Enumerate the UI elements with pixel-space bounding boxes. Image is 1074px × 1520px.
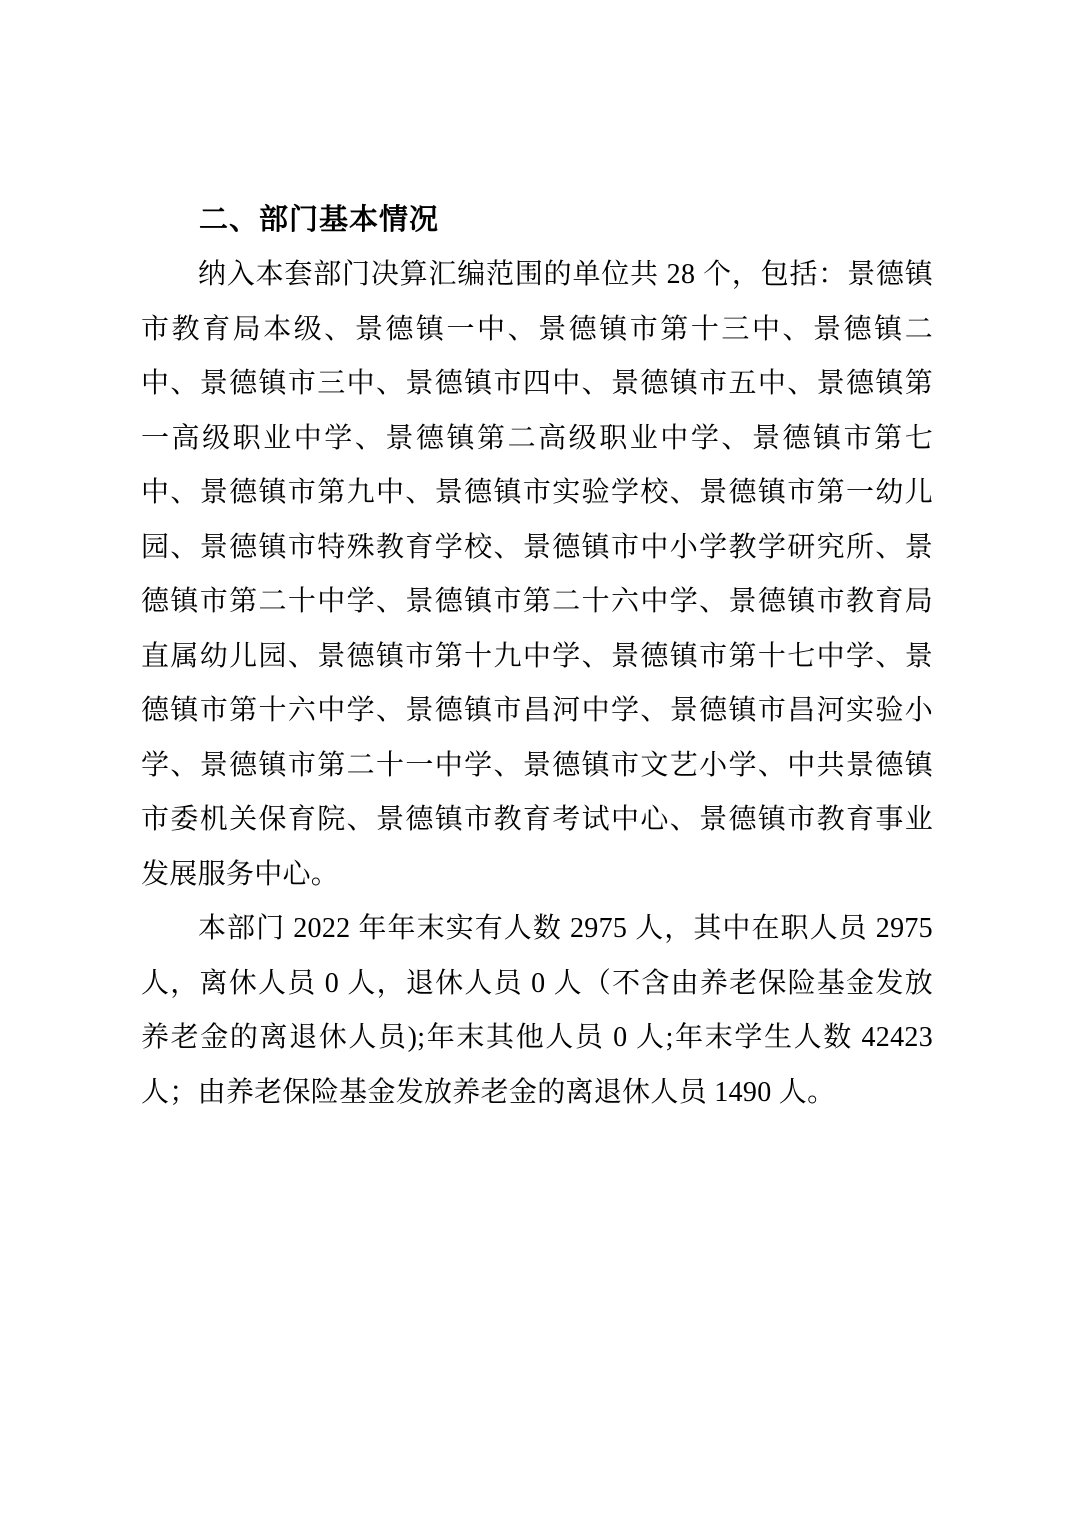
- section-basic-info: 二、部门基本情况 纳入本套部门决算汇编范围的单位共 28 个，包括：景德镇市教育…: [141, 193, 933, 1120]
- paragraph-staff-counts: 本部门 2022 年年末实有人数 2975 人，其中在职人员 2975 人，离休…: [141, 902, 933, 1120]
- document-page: 二、部门基本情况 纳入本套部门决算汇编范围的单位共 28 个，包括：景德镇市教育…: [0, 0, 1074, 1520]
- paragraph-included-units: 纳入本套部门决算汇编范围的单位共 28 个，包括：景德镇市教育局本级、景德镇一中…: [141, 248, 933, 902]
- section-heading: 二、部门基本情况: [141, 193, 933, 248]
